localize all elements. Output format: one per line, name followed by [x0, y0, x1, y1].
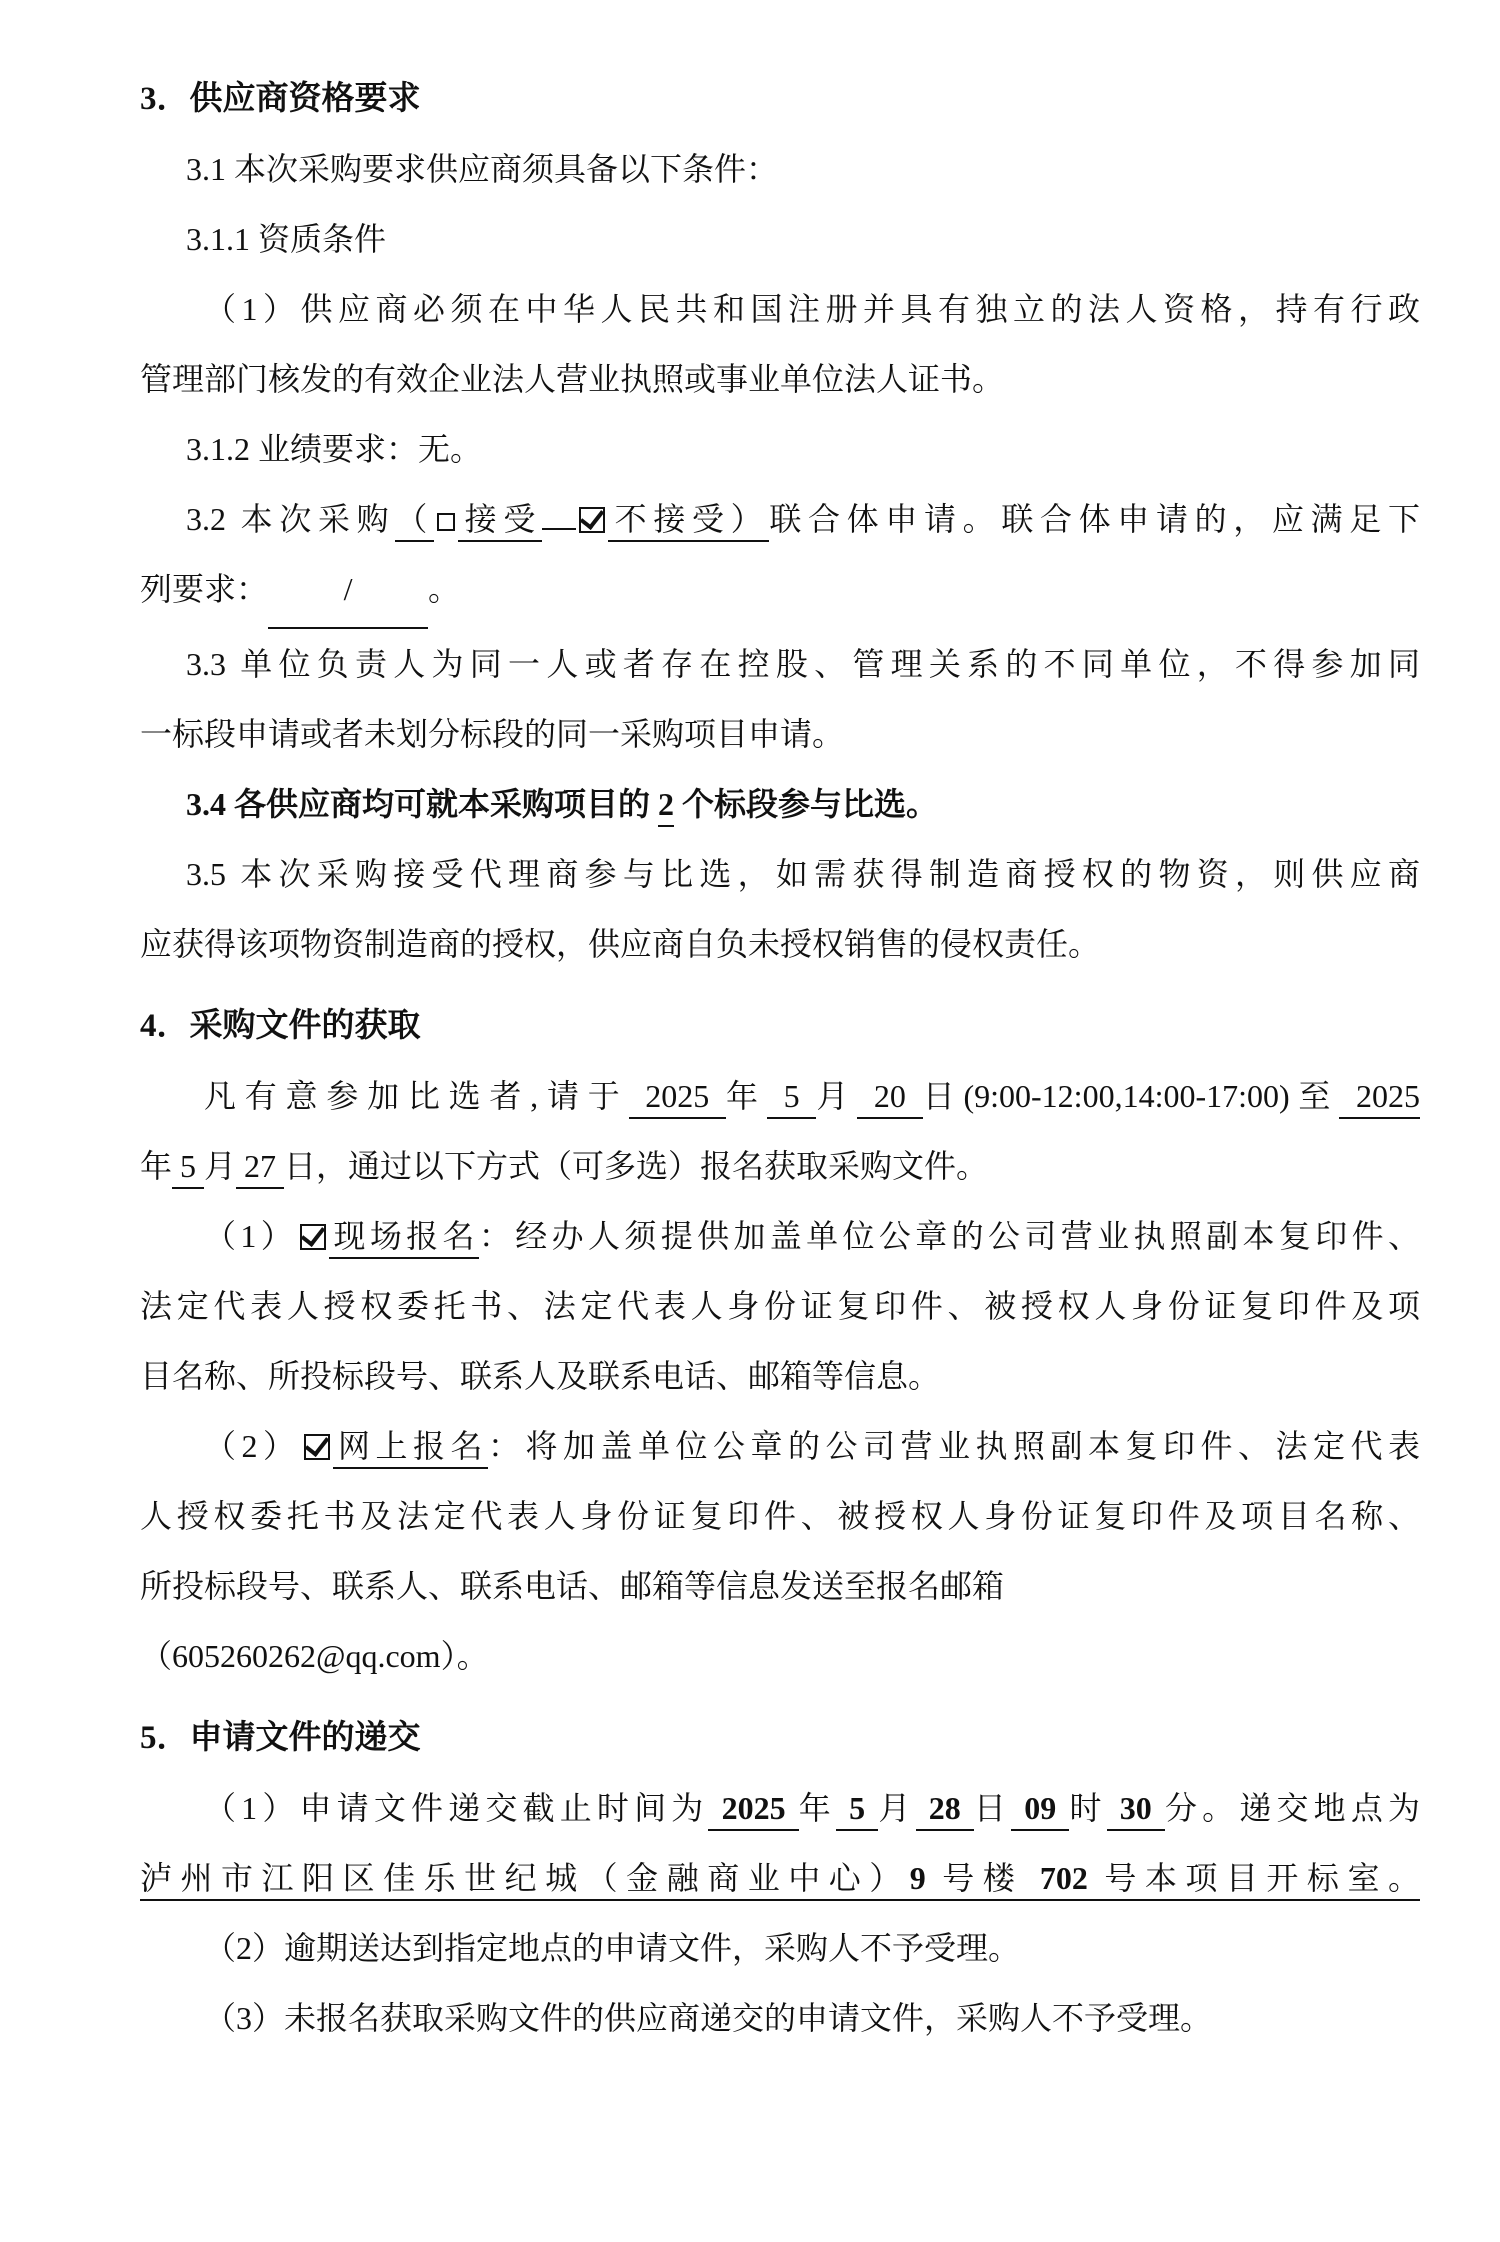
text-run: （1）申请文件递交截止时间为 [204, 1790, 708, 1826]
clause-5-item-2: （2）逾期送达到指定地点的申请文件，采购人不予受理。 [140, 1913, 1420, 1983]
text-run: 泸州市江阳区佳乐世纪城（金融商业中心） [140, 1860, 910, 1901]
text-run: （1） [204, 1218, 297, 1254]
text-run: ：将加盖单位公章的公司营业执照副本复印件、法定代表 [488, 1428, 1420, 1464]
text-run: （3）未报名获取采购文件的供应商递交的申请文件，采购人不予受理。 [204, 2000, 1212, 2036]
clause-5-item-1-address: 泸州市江阳区佳乐世纪城（金融商业中心）9 号楼 702 号本项目开标室。 [140, 1843, 1420, 1913]
text-run: 3.4 各供应商均可就本采购项目的 [186, 786, 658, 822]
clause-4-item-1: （1）现场报名：经办人须提供加盖单位公章的公司营业执照副本复印件、 [140, 1201, 1420, 1271]
clause-3-1-1-item-1: （1）供应商必须在中华人民共和国注册并具有独立的法人资格，持有行政 [140, 274, 1420, 344]
clause-4-intro: 凡有意参加比选者,请于 2025 年 5 月 20 日(9:00-12:00,1… [140, 1061, 1420, 1131]
text-run: 年 [726, 1078, 767, 1114]
blank-field: / [268, 554, 428, 629]
text-run: 年 [140, 1148, 172, 1184]
text-run: 3.1 本次采购要求供应商须具备以下条件： [186, 151, 778, 187]
text-run: ：经办人须提供加盖单位公章的公司营业执照副本复印件、 [479, 1218, 1420, 1254]
clause-3-2-cont: 列要求：/。 [140, 554, 1420, 629]
checkbox-unchecked-icon [437, 513, 455, 531]
clause-3-3-cont: 一标段申请或者未划分标段的同一采购项目申请。 [140, 699, 1420, 769]
clause-4-item-2-cont-2: 所投标段号、联系人、联系电话、邮箱等信息发送至报名邮箱 [140, 1551, 1420, 1621]
text-run: 3.2 本次采购 [186, 501, 395, 537]
text-run: 日，通过以下方式（可多选）报名获取采购文件。 [284, 1148, 988, 1184]
text-run: （ [395, 501, 434, 542]
clause-3-4: 3.4 各供应商均可就本采购项目的 2 个标段参与比选。 [140, 769, 1420, 839]
text-run: 号楼 [926, 1860, 1040, 1901]
text-run: 3.3 单位负责人为同一人或者存在控股、管理关系的不同单位，不得参加同 [186, 646, 1420, 682]
clause-4-email: （605260262@qq.com）。 [140, 1621, 1420, 1691]
text-run: （2）逾期送达到指定地点的申请文件，采购人不予受理。 [204, 1930, 1020, 1966]
text-run: （1）供应商必须在中华人民共和国注册并具有独立的法人资格，持有行政 [204, 291, 1420, 327]
text-run: 702 [1040, 1860, 1088, 1901]
clause-3-2: 3.2 本次采购（接受不接受）联合体申请。联合体申请的，应满足下 [140, 484, 1420, 554]
text-run: 联合体申请。联合体申请的，应满足下 [769, 501, 1420, 537]
text-run: 27 [236, 1148, 284, 1189]
section-3-heading: 3．供应商资格要求 [140, 64, 1420, 134]
text-run: 3.1.1 资质条件 [186, 221, 386, 257]
text-run: 3．供应商资格要求 [140, 81, 421, 117]
text-run: 9 [910, 1860, 926, 1901]
clause-3-1-2: 3.1.2 业绩要求：无。 [140, 414, 1420, 484]
text-run: 年 [799, 1790, 836, 1826]
clause-3-1-1-item-1-cont: 管理部门核发的有效企业法人营业执照或事业单位法人证书。 [140, 344, 1420, 414]
text-run: 应获得该项物资制造商的授权，供应商自负未授权销售的侵权责任。 [140, 926, 1100, 962]
clause-5-item-1: （1）申请文件递交截止时间为 2025 年 5 月 28 日 09 时 30 分… [140, 1773, 1420, 1843]
text-run: 网上报名 [333, 1428, 489, 1469]
text-run: 3.5 本次采购接受代理商参与比选，如需获得制造商授权的物资，则供应商 [186, 856, 1420, 892]
text-run: 。 [428, 571, 460, 607]
clause-5-item-3: （3）未报名获取采购文件的供应商递交的申请文件，采购人不予受理。 [140, 1983, 1420, 2053]
clause-4-item-1-cont-2: 目名称、所投标段号、联系人及联系电话、邮箱等信息。 [140, 1341, 1420, 1411]
text-run: 日 [974, 1790, 1011, 1826]
clause-4-item-2-cont-1: 人授权委托书及法定代表人身份证复印件、被授权人身份证复印件及项目名称、 [140, 1481, 1420, 1551]
text-run: 2025 [708, 1790, 798, 1831]
text-run: 一标段申请或者未划分标段的同一采购项目申请。 [140, 716, 844, 752]
section-5-heading: 5．申请文件的递交 [140, 1703, 1420, 1773]
text-run: 人授权委托书及法定代表人身份证复印件、被授权人身份证复印件及项目名称、 [140, 1498, 1420, 1534]
clause-3-3: 3.3 单位负责人为同一人或者存在控股、管理关系的不同单位，不得参加同 [140, 629, 1420, 699]
clause-3-1: 3.1 本次采购要求供应商须具备以下条件： [140, 134, 1420, 204]
text-run: 5 [172, 1148, 204, 1189]
clause-4-intro-cont: 年 5 月 27 日，通过以下方式（可多选）报名获取采购文件。 [140, 1131, 1420, 1201]
text-run: 月 [878, 1790, 915, 1826]
text-run: 5．申请文件的递交 [140, 1720, 421, 1756]
document-page: 3．供应商资格要求3.1 本次采购要求供应商须具备以下条件：3.1.1 资质条件… [0, 0, 1500, 2242]
text-run: 20 [857, 1078, 923, 1119]
text-run: 月 [204, 1148, 236, 1184]
checkbox-checked-icon [579, 507, 605, 533]
text-run: 09 [1011, 1790, 1069, 1831]
clause-3-1-1: 3.1.1 资质条件 [140, 204, 1420, 274]
text-run: 日(9:00-12:00,14:00-17:00)至 [923, 1078, 1340, 1114]
text-run: 月 [816, 1078, 857, 1114]
text-run: 2025 [1339, 1078, 1420, 1119]
text-run: 30 [1107, 1790, 1165, 1831]
text-run: 凡有意参加比选者,请于 [204, 1078, 629, 1114]
text-run: 2025 [629, 1078, 727, 1119]
clause-3-5-cont: 应获得该项物资制造商的授权，供应商自负未授权销售的侵权责任。 [140, 909, 1420, 979]
text-run: 5 [767, 1078, 817, 1119]
text-run: 管理部门核发的有效企业法人营业执照或事业单位法人证书。 [140, 361, 1004, 397]
text-run: 目名称、所投标段号、联系人及联系电话、邮箱等信息。 [140, 1358, 940, 1394]
text-run: 4．采购文件的获取 [140, 1008, 421, 1044]
text-run: 3.1.2 业绩要求：无。 [186, 431, 482, 467]
text-run: 不接受） [608, 501, 769, 542]
text-run: 28 [916, 1790, 974, 1831]
section-4-heading: 4．采购文件的获取 [140, 991, 1420, 1061]
text-run: （2） [204, 1428, 301, 1464]
clause-4-item-2: （2）网上报名：将加盖单位公章的公司营业执照副本复印件、法定代表 [140, 1411, 1420, 1481]
text-run: 号本项目开标室。 [1088, 1860, 1420, 1901]
text-run: 接受 [458, 501, 542, 542]
checkbox-checked-icon [304, 1434, 330, 1460]
clause-4-item-1-cont-1: 法定代表人授权委托书、法定代表人身份证复印件、被授权人身份证复印件及项 [140, 1271, 1420, 1341]
text-run: 个标段参与比选。 [674, 786, 938, 822]
text-run: 5 [836, 1790, 878, 1831]
text-run: 法定代表人授权委托书、法定代表人身份证复印件、被授权人身份证复印件及项 [140, 1288, 1420, 1324]
text-run: 分。递交地点为 [1165, 1790, 1420, 1826]
checkbox-checked-icon [300, 1224, 326, 1250]
clause-3-5: 3.5 本次采购接受代理商参与比选，如需获得制造商授权的物资，则供应商 [140, 839, 1420, 909]
text-run: 时 [1069, 1790, 1106, 1826]
text-run: （605260262@qq.com）。 [140, 1638, 489, 1674]
underline-gap [542, 524, 576, 530]
text-run: 列要求： [140, 571, 268, 607]
text-run: 2 [658, 786, 674, 827]
text-run: 所投标段号、联系人、联系电话、邮箱等信息发送至报名邮箱 [140, 1568, 1004, 1604]
text-run: 现场报名 [329, 1218, 479, 1259]
